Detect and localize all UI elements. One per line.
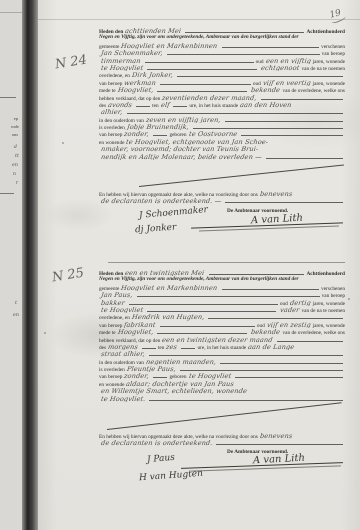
handwritten-entry: en Willemtje Smart, echtelieden, wonende: [100, 387, 247, 394]
fill-line: [225, 202, 343, 203]
form-line: en wonende te Hoogvliet, echtgenoote van…: [99, 138, 345, 145]
handwritten-entry: vijf en veertig: [262, 79, 311, 86]
handwritten-entry: timmerman: [100, 57, 141, 64]
signature-block: J Paus H van Hugten De Ambtenaar voornoe…: [99, 447, 345, 489]
fill-line: [142, 348, 156, 349]
handwritten-entry: Hoogvliet,: [117, 328, 154, 335]
form-line: van beroep fabrikant oud vijf en zestig …: [99, 321, 345, 328]
fill-line: [277, 341, 343, 342]
fill-line: [149, 400, 343, 401]
handwritten-entry: alhier,: [100, 108, 123, 115]
handwritten-entry: Hoogvliet en Markenbinnen: [121, 284, 218, 291]
form-line: en Willemtje Smart, echtelieden, wonende: [99, 387, 345, 394]
handwritten-entry: straat alhier,: [100, 350, 145, 357]
handwritten-entry: aan de Lange: [248, 343, 295, 350]
form-line: te Hoogvliet.: [99, 395, 345, 402]
handwritten-entry: zeventienden dezer maand,: [162, 94, 258, 101]
handwritten-entry: zeven en vijftig jaren,: [145, 116, 221, 123]
fill-line: [173, 106, 187, 107]
handwritten-entry: aldaar; dochtertje van Jan Paus: [126, 380, 235, 387]
form-line: Heden den een en twintigsten Mei Achttie…: [99, 269, 345, 276]
form-line: van beroep zonder, geboren te Hoogvliet: [99, 372, 345, 379]
form-line: Jan Schoenmaker, van beroep: [99, 49, 345, 56]
handwritten-entry: te Hoogvliet, echtgenoote van Jan Schoe-: [126, 138, 269, 145]
handwritten-entry: te Hoogvliet.: [100, 395, 146, 402]
fill-line: [261, 99, 343, 100]
fill-line: [157, 333, 247, 334]
fill-line: [147, 69, 257, 70]
form-line: te Hoogvliet vader van de na te noemen: [99, 306, 345, 313]
fill-line: [160, 84, 251, 85]
handwritten-entry: bakker: [100, 299, 125, 306]
handwritten-entry: te Oostvoorne: [188, 130, 237, 137]
printed-label: van de overledene, welke ons: [282, 88, 345, 93]
fill-line: [241, 135, 343, 136]
printed-label: van de na te noemen: [301, 66, 345, 71]
declarant-signature: J Schoenmaker: [139, 205, 209, 221]
closing-line: de declaranten is onderteekend.: [99, 439, 345, 446]
printed-label: ten: [152, 103, 158, 108]
handwritten-entry: zes: [166, 343, 178, 350]
form-line: en wonende aldaar; dochtertje van Jan Pa…: [99, 380, 345, 387]
form-line: in den ouderdom van zeven en vijftig jar…: [99, 116, 345, 123]
fill-line: [147, 311, 276, 312]
printed-label: jaren, wonende: [313, 81, 345, 86]
fill-line: [222, 289, 320, 290]
handwritten-entry: een en twintigsten dezer maand: [162, 336, 274, 343]
handwritten-entry: morgens: [108, 343, 139, 350]
fill-line: [136, 106, 150, 107]
handwritten-entry: de declaranten is onderteekend. —: [100, 197, 222, 204]
signature-block: J Schoenmaker dj Jonker De Ambtenaar voo…: [99, 205, 345, 247]
handwritten-entry: een en vijftig: [265, 57, 311, 64]
handwritten-entry: aan den Hoven: [240, 101, 293, 108]
handwritten-entry: bekende: [251, 328, 281, 335]
fill-line: [145, 62, 254, 63]
printed-label: jaren, wonende: [313, 59, 345, 64]
diagonal-stroke: [139, 165, 344, 188]
ink-speck: [348, 298, 350, 300]
handwritten-entry: Jobje Bruinendijk,: [126, 123, 189, 130]
handwritten-entry: benevens: [259, 432, 292, 439]
page-edge-line: [38, 19, 360, 20]
handwritten-entry: nmaker, voornoemd; dochter van Teunis Br…: [100, 145, 258, 152]
ink-speck: [44, 332, 46, 334]
margin-rule: [0, 193, 14, 194]
fill-line: [216, 444, 343, 445]
fill-line: [153, 135, 167, 136]
handwritten-entry: zonder,: [124, 130, 150, 137]
printed-label: van beroep: [322, 51, 345, 56]
page-edge-line: [0, 12, 22, 13]
handwritten-entry: Hoogvliet,: [117, 86, 154, 93]
printed-label: overledene, en: [99, 73, 130, 78]
fill-line: [220, 363, 343, 364]
printed-label: verschenen: [321, 286, 345, 291]
fill-line: [137, 296, 320, 297]
form-line: des morgens ten zes ure, in het huis sta…: [99, 343, 345, 350]
fill-line: [225, 121, 343, 122]
form-line: hebben verklaard, dat op den een en twin…: [99, 336, 345, 343]
form-line: nendijk en Aaltje Molenaar, beide overle…: [99, 153, 345, 160]
printed-label: van de overledene, welke ons: [282, 330, 345, 335]
handwritten-entry: vader: [279, 306, 300, 313]
form-line: hebben verklaard, dat op den zeventiende…: [99, 94, 345, 101]
form-line: is overleden Jobje Bruinendijk,: [99, 123, 345, 130]
margin-fragment: ep: [14, 116, 18, 121]
handwritten-entry: nendijk en Aaltje Molenaar, beide overle…: [100, 153, 262, 160]
handwritten-entry: fabrikant: [124, 321, 157, 328]
handwritten-entry: Pleuntje Paus,: [126, 365, 176, 372]
prev-page-edge: ep mde ons d tt en n r t en: [0, 0, 22, 530]
fill-line: [177, 76, 343, 77]
fill-line: [149, 355, 343, 356]
margin-fragment: tt: [15, 153, 19, 159]
closing-line: En hebben wij hiervan opgemaakt deze akt…: [99, 190, 345, 197]
handwritten-entry: avonds: [108, 101, 133, 108]
printed-label: ure, in het huis staande: [197, 345, 246, 350]
form-line: nmaker, voornoemd; dochter van Teunis Br…: [99, 145, 345, 152]
form-line: gemeente Hoogvliet en Markenbinnen versc…: [99, 284, 345, 291]
handwritten-entry: benevens: [259, 190, 292, 197]
printed-label: jaren, wonende: [313, 301, 345, 306]
declarant-signature: dj Jonker: [135, 222, 177, 235]
fill-line: [160, 326, 255, 327]
form-line: straat alhier,: [99, 350, 345, 357]
printed-label: van beroep: [322, 293, 345, 298]
handwritten-entry: dertig: [289, 299, 311, 306]
handwritten-entry: te Hoogvliet: [100, 64, 143, 71]
fill-line: [208, 318, 343, 319]
printed-label: verschenen: [321, 44, 345, 49]
printed-label: jaren, wonende: [313, 323, 345, 328]
diagonal-stroke: [107, 402, 342, 430]
handwritten-entry: een en twintigsten Mei: [125, 269, 205, 276]
printed-label: Achttienhonderd: [306, 29, 345, 34]
form-line: van beroep werkman oud vijf en veertig j…: [99, 79, 345, 86]
printed-label: ure, in het huis staande: [189, 103, 238, 108]
margin-fragment: r: [16, 180, 18, 186]
form-line: des avonds ten elf ure, in het huis staa…: [99, 101, 345, 108]
blank-space: [99, 402, 345, 432]
fill-line: [180, 370, 343, 371]
scanned-register-page: ep mde ons d tt en n r t en 19 N 24 Hede…: [0, 0, 360, 530]
printed-label: is overleden: [99, 125, 125, 130]
form-line: Heden den achttienden Mei Achttienhonder…: [99, 27, 345, 34]
fill-line: [167, 54, 320, 55]
form-line: in den ouderdom van negentien maanden,: [99, 358, 345, 365]
fill-line: [193, 128, 343, 129]
printed-label: van beroep: [99, 374, 122, 379]
ink-speck: [62, 142, 64, 144]
handwritten-entry: achttienden Mei: [125, 27, 182, 34]
fill-line: [222, 47, 320, 48]
form-line: van beroep zonder, geboren te Oostvoorne: [99, 130, 345, 137]
margin-fragment: mde: [11, 124, 19, 129]
handwritten-entry: Jan Schoenmaker,: [100, 49, 163, 56]
margin-fragment: ons: [12, 132, 18, 137]
handwritten-entry: Dirk Jonker,: [131, 71, 173, 78]
form-line: gemeente Hoogvliet en Markenbinnen versc…: [99, 42, 345, 49]
form-line: mede te Hoogvliet, bekende van de overle…: [99, 86, 345, 93]
handwritten-entry: de declaranten is onderteekend.: [100, 439, 213, 446]
margin-fragment: d: [14, 144, 17, 150]
form-line: mede te Hoogvliet, bekende van de overle…: [99, 328, 345, 335]
handwritten-entry: bekende: [251, 86, 281, 93]
form-line: te Hoogvliet echtgenoot van de na te noe…: [99, 64, 345, 71]
handwritten-entry: zonder,: [124, 372, 150, 379]
handwritten-entry: echtgenoot: [260, 64, 300, 71]
printed-label: ten: [158, 345, 164, 350]
form-line: Jan Paus, van beroep: [99, 291, 345, 298]
record-separator: [108, 262, 345, 263]
margin-fragment: en: [12, 162, 18, 168]
printed-label: mede te: [99, 330, 116, 335]
death-record: Heden den achttienden Mei Achttienhonder…: [99, 27, 345, 247]
handwritten-entry: vijf en zestig: [266, 321, 311, 328]
form-line: Negen en Vijftig, zijn voor ons onderget…: [99, 34, 345, 41]
handwritten-entry: werkman: [124, 79, 157, 86]
printed-label: van de na te noemen: [301, 308, 345, 313]
fill-line: [127, 113, 343, 114]
handwritten-entry: Hendrik van Hugten,: [131, 313, 205, 320]
form-line: overledene, en Hendrik van Hugten,: [99, 313, 345, 320]
blank-space: [99, 160, 345, 190]
form-line: overledene, en Dirk Jonker,: [99, 71, 345, 78]
form-line: timmerman oud een en vijftig jaren, wone…: [99, 57, 345, 64]
handwritten-entry: Hoogvliet en Markenbinnen: [121, 42, 218, 49]
margin-fragment: t: [15, 300, 17, 306]
handwritten-entry: te Hoogvliet: [100, 306, 143, 313]
margin-fragment: en: [13, 312, 19, 318]
printed-label: mede te: [99, 88, 116, 93]
fill-line: [157, 91, 247, 92]
death-record: Heden den een en twintigsten Mei Achttie…: [99, 269, 345, 489]
printed-label: van beroep: [99, 132, 122, 137]
fill-line: [185, 32, 304, 33]
printed-label: is overleden: [99, 367, 125, 372]
handwritten-entry: Jan Paus,: [100, 291, 133, 298]
form-line: is overleden Pleuntje Paus,: [99, 365, 345, 372]
binding-shadow: [22, 0, 38, 530]
closing-line: de declaranten is onderteekend. —: [99, 197, 345, 204]
printed-label: Negen en Vijftig, zijn voor ons onderget…: [99, 276, 299, 282]
form-line: Negen en Vijftig, zijn voor ons onderget…: [99, 276, 345, 283]
form-line: alhier,: [99, 108, 345, 115]
fill-line: [153, 377, 167, 378]
form-line: bakker oud dertig jaren, wonende: [99, 299, 345, 306]
margin-fragment: n: [13, 171, 16, 177]
declarant-signature: J Paus: [147, 453, 176, 465]
handwritten-entry: negentien maanden,: [145, 358, 216, 365]
handwritten-entry: te Hoogvliet: [188, 372, 231, 379]
fill-line: [266, 158, 343, 159]
fill-line: [181, 348, 195, 349]
printed-label: overledene, en: [99, 315, 130, 320]
printed-label: Negen en Vijftig, zijn voor ons onderget…: [99, 34, 299, 40]
printed-label: Achttienhonderd: [306, 271, 345, 276]
handwritten-entry: elf: [160, 101, 170, 108]
fill-line: [129, 304, 278, 305]
fill-line: [209, 274, 305, 275]
margin-rule: [0, 97, 16, 98]
closing-line: En hebben wij hiervan opgemaakt deze akt…: [99, 432, 345, 439]
fill-line: [235, 377, 343, 378]
